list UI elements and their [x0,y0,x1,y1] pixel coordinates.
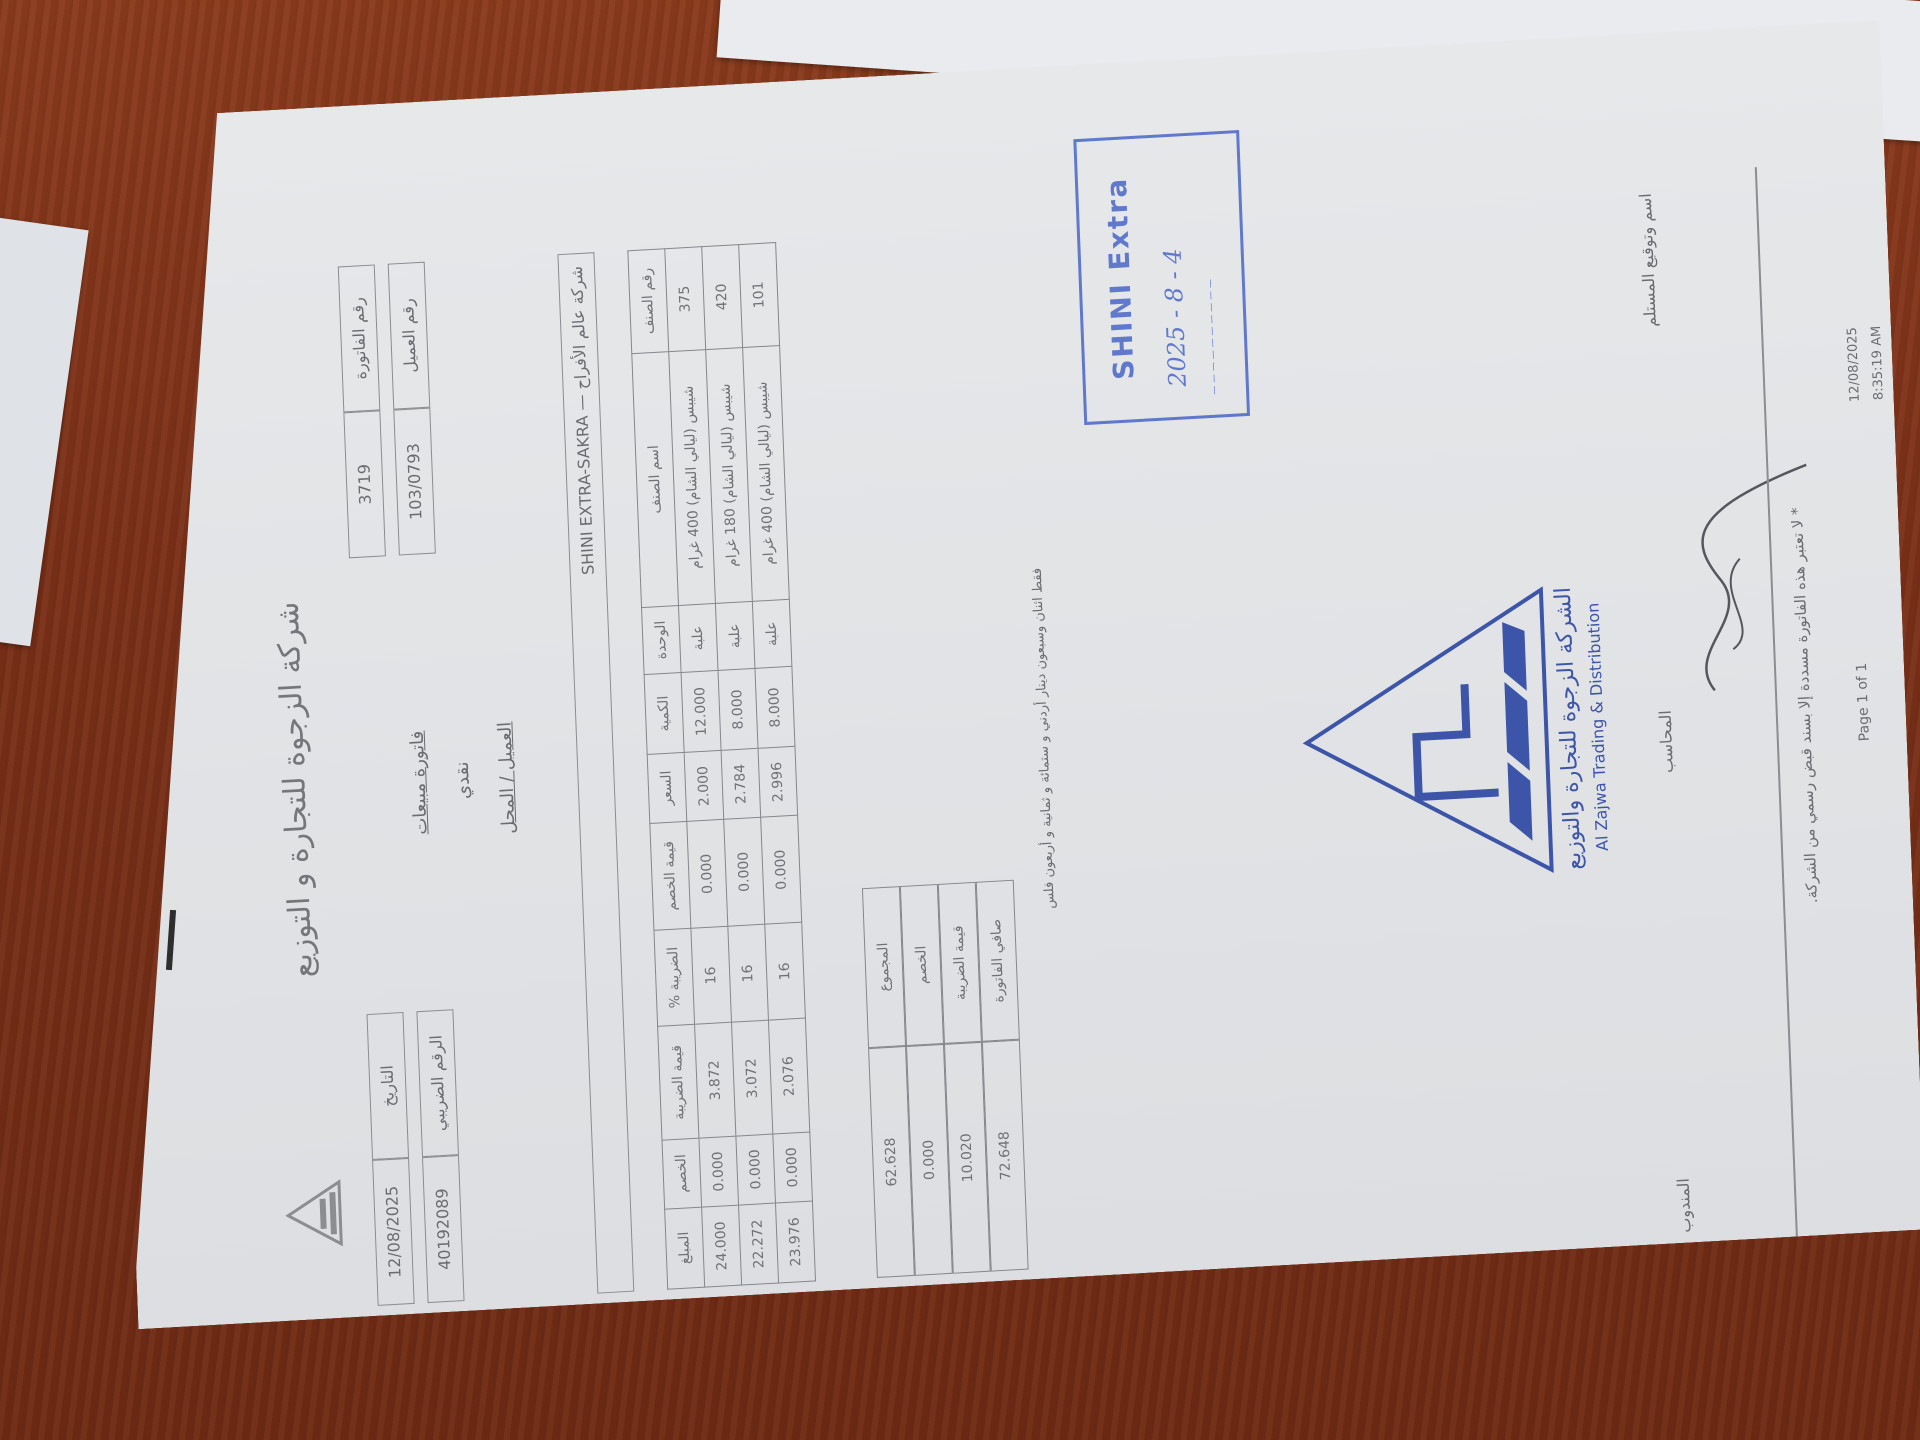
table-cell: 101 [739,243,780,348]
customer-name: شركة عالم الأفراح — SHINI EXTRA-SAKRA [557,252,634,1293]
table-cell: 22.272 [739,1203,779,1285]
table-cell: 3.072 [732,1021,773,1136]
invoice-paper: شركة الزجوة للتجارة و التوزيع التاريخ 12… [92,20,1920,1329]
invoice-document: شركة الزجوة للتجارة و التوزيع التاريخ 12… [216,118,1920,1372]
table-cell: علبة [752,599,792,668]
column-header: الكمية [644,672,684,754]
table-cell: 16 [765,922,806,1020]
doc-type: فاتورة مبيعات [407,730,432,835]
table-cell: 16 [728,924,769,1022]
table-cell: 8.000 [718,668,758,750]
table-cell: 16 [691,926,732,1024]
stamp-brand: SHINI Extra [1100,176,1141,381]
amount-in-words: فقط اثنان وسبعون دينار أردني و ستمائة و … [1030,568,1072,1268]
table-cell: 3.872 [695,1023,736,1138]
total-label: المجموع [862,886,906,1048]
table-cell: 2.996 [758,747,798,818]
table-cell: 8.000 [755,666,795,748]
total-label: الخصم [900,884,944,1046]
table-cell: 0.000 [736,1134,776,1205]
total-value: 72.648 [982,1040,1029,1272]
customer-row: شركة عالم الأفراح — SHINI EXTRA-SAKRA [557,252,634,1293]
column-header: الخصم [662,1138,702,1209]
customer-label: العميل / المحل [494,721,519,834]
column-header: الوحدة [642,605,682,674]
stamp-small-text: — — — — — — — — — — [1206,279,1220,395]
salesman-label: المندوب [1674,1178,1695,1234]
column-header: رقم الصنف [628,249,669,354]
stamp-handwritten-date: 2025 - 8 - 4 [1159,248,1192,388]
table-cell: علبة [715,601,755,670]
company-logo-icon [1291,579,1562,893]
column-header: الضريبة % [654,928,695,1026]
table-cell: 12.000 [681,670,721,752]
table-cell: 2.784 [721,749,761,820]
column-header: قيمة الخصم [650,821,691,930]
background-paper-left [0,214,89,647]
total-label: قيمة الضريبة [938,882,982,1044]
print-date: 12/08/2025 [1841,326,1868,402]
table-cell: 24.000 [702,1205,742,1287]
company-logo-small-icon [283,1178,346,1251]
table-cell: 0.000 [687,819,728,928]
table-cell: 375 [665,247,706,352]
table-cell: 2.000 [684,751,724,822]
receiver-label: اسم وتوقيع المستلم [1636,193,1660,328]
column-header: السعر [647,753,687,824]
table-cell: علبة [678,603,718,672]
table-cell: 420 [702,245,743,350]
table-cell: 0.000 [761,815,802,924]
table-cell: 0.000 [724,817,765,926]
page-number: Page 1 of 1 [1833,122,1894,1282]
accountant-label: المحاسب [1656,710,1677,774]
print-time: 8:35:19 AM [1865,325,1892,401]
print-timestamp: 12/08/2025 8:35:19 AM [1841,325,1892,403]
table-cell: 0.000 [699,1136,739,1207]
table-cell: 23.976 [775,1201,815,1283]
total-label: صافي الفاتورة [976,880,1020,1042]
table-cell: 0.000 [773,1132,813,1203]
table-cell: 2.076 [768,1018,809,1133]
customer-stamp: SHINI Extra 2025 - 8 - 4 — — — — — — — —… [1073,130,1250,425]
totals-block: المجموع62.628الخصم0.000قيمة الضريبة10.02… [837,230,1029,1278]
items-table: رقم الصنفاسم الصنفالوحدةالكميةالسعرقيمة … [627,242,816,1290]
column-header: المبلغ [665,1207,705,1289]
column-header: قيمة الضريبة [658,1025,699,1140]
